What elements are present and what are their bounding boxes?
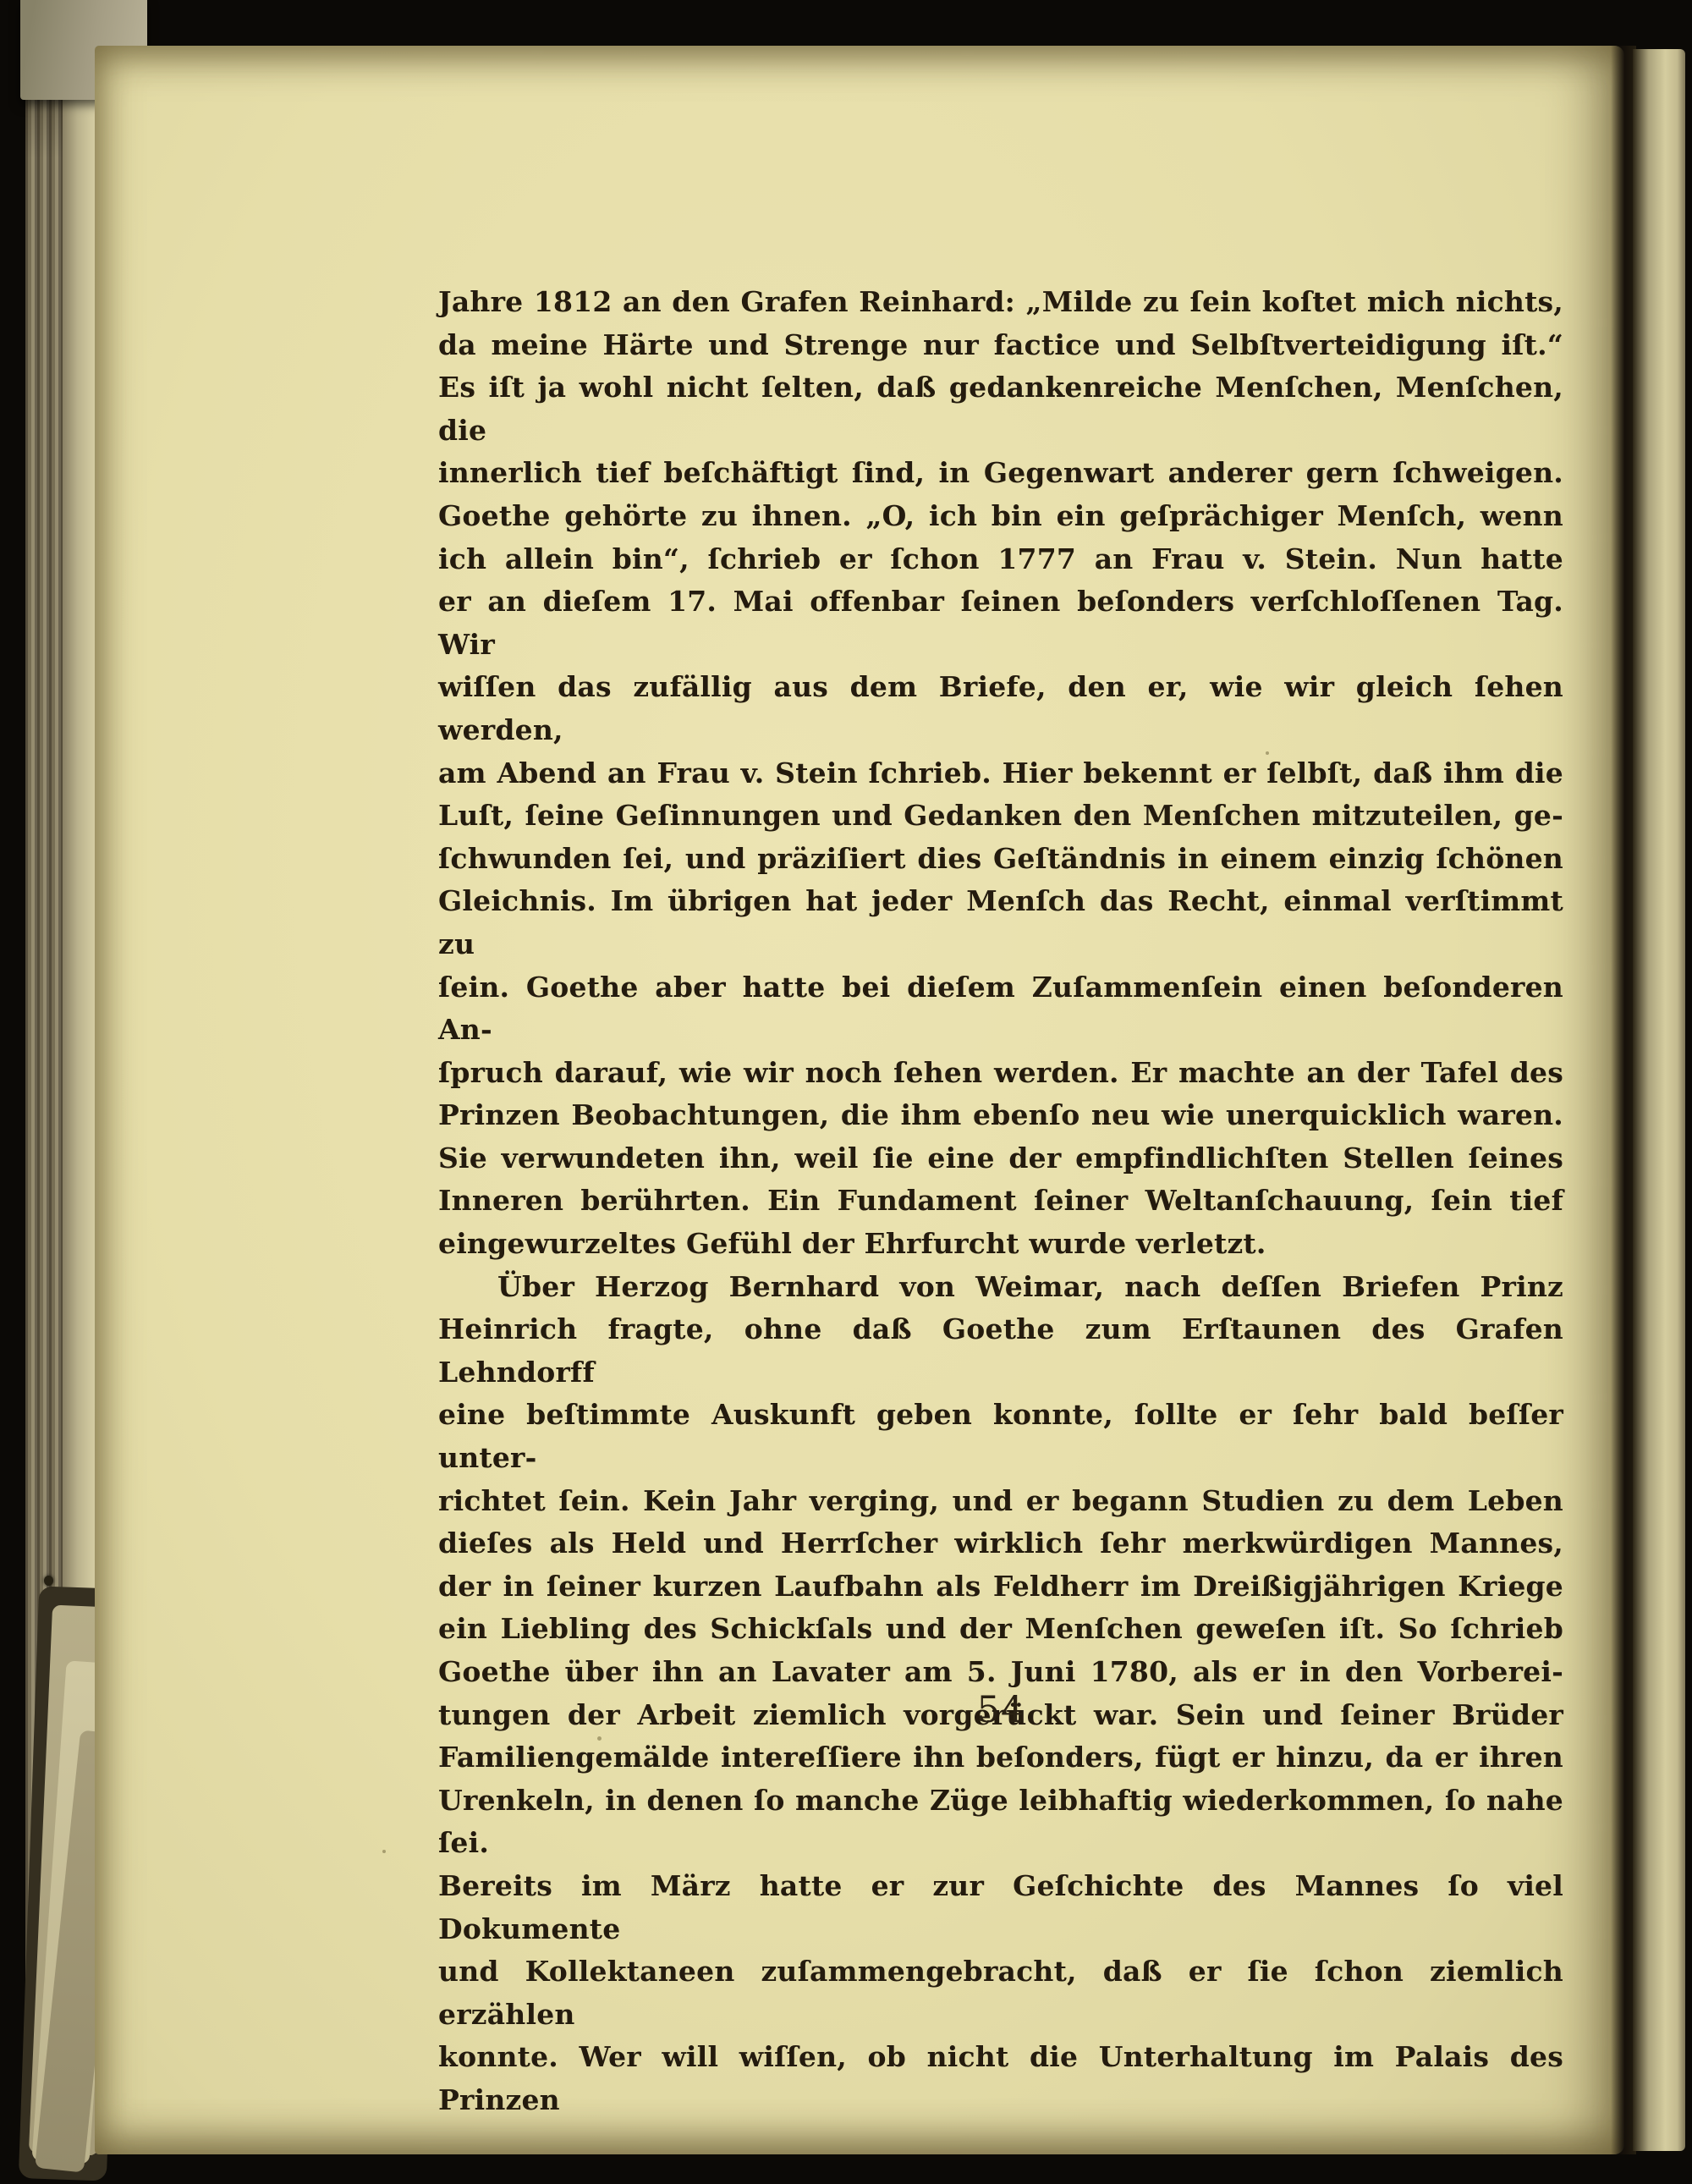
- text-line: innerlich tief beſchäftigt ſind, in Gege…: [438, 452, 1563, 495]
- text-line: Goethe gehörte zu ihnen. „O, ich bin ein…: [438, 495, 1563, 538]
- book-scan: Jahre 1812 an den Grafen Reinhard: „Mild…: [0, 0, 1692, 2184]
- text-line: Urenkeln, in denen ſo manche Züge leibha…: [438, 1780, 1563, 1865]
- text-block: Jahre 1812 an den Grafen Reinhard: „Mild…: [438, 281, 1563, 2122]
- text-line: und Kollektaneen zuſammengebracht, daß e…: [438, 1950, 1563, 2036]
- text-line: ich allein bin“, ſchrieb er ſchon 1777 a…: [438, 538, 1563, 581]
- text-line: wiſſen das zufällig aus dem Briefe, den …: [438, 666, 1563, 751]
- text-line: am Abend an Frau v. Stein ſchrieb. Hier …: [438, 752, 1563, 795]
- text-line: dieſes als Held und Herrſcher wirklich ſ…: [438, 1522, 1563, 1565]
- text-line: Goethe über ihn an Lavater am 5. Juni 17…: [438, 1651, 1563, 1694]
- text-line: Jahre 1812 an den Grafen Reinhard: „Mild…: [438, 281, 1563, 324]
- text-line: ein Liebling des Schickſals und der Menſ…: [438, 1608, 1563, 1651]
- text-line: eingewurzeltes Gefühl der Ehrfurcht wurd…: [438, 1223, 1563, 1266]
- text-line: Familiengemälde intereſſiere ihn beſonde…: [438, 1736, 1563, 1780]
- text-line: konnte. Wer will wiſſen, ob nicht die Un…: [438, 2036, 1563, 2121]
- text-line: der in ſeiner kurzen Laufbahn als Feldhe…: [438, 1565, 1563, 1609]
- text-line: Luſt, ſeine Geſinnungen und Gedanken den…: [438, 795, 1563, 838]
- text-line: Heinrich fragte, ohne daß Goethe zum Erſ…: [438, 1308, 1563, 1394]
- text-line: Inneren berührten. Ein Fundament ſeiner …: [438, 1180, 1563, 1223]
- text-line: er an dieſem 17. Mai offenbar ſeinen beſ…: [438, 580, 1563, 666]
- text-line: Über Herzog Bernhard von Weimar, nach de…: [438, 1266, 1563, 1309]
- paper-speck: [382, 1850, 386, 1853]
- text-line: Sie verwundeten ihn, weil ſie eine der e…: [438, 1137, 1563, 1180]
- text-line: Gleichnis. Im übrigen hat jeder Menſch d…: [438, 880, 1563, 965]
- text-line: ſpruch darauf, wie wir noch ſehen werden…: [438, 1052, 1563, 1095]
- text-line: Prinzen Beobachtungen, die ihm ebenſo ne…: [438, 1094, 1563, 1137]
- worm-hole-speck: [44, 1576, 53, 1586]
- text-line: richtet ſein. Kein Jahr verging, und er …: [438, 1480, 1563, 1523]
- text-line: ſchwunden ſei, und präziſiert dies Geſtä…: [438, 838, 1563, 881]
- text-line: ſein. Goethe aber hatte bei dieſem Zuſam…: [438, 966, 1563, 1052]
- text-line: Bereits im März hatte er zur Geſchichte …: [438, 1865, 1563, 1950]
- text-line: Es iſt ja wohl nicht ſelten, daß gedanke…: [438, 366, 1563, 452]
- text-line: da meine Härte und Strenge nur factice u…: [438, 324, 1563, 367]
- text-line: eine beſtimmte Auskunft geben konnte, ſo…: [438, 1394, 1563, 1479]
- facing-page-strip: [1633, 49, 1685, 2151]
- page-number: 54: [438, 1689, 1563, 1731]
